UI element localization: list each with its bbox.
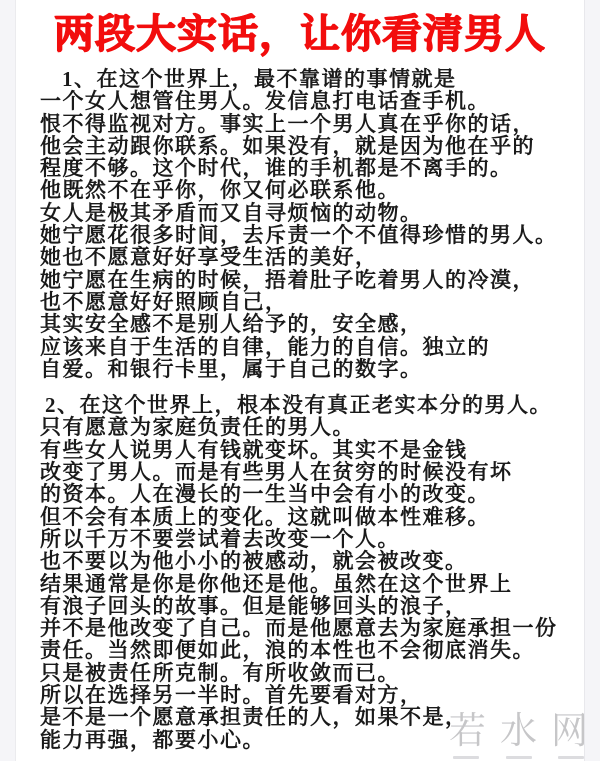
paragraph-1: 1、在这个世界上，最不靠谱的事情就是 一个女人想管住男人。发信息打电话查手机。 … bbox=[40, 68, 590, 380]
text-line: 改变了男人。而是有些男人在贫穷的时候没有坏 bbox=[40, 461, 590, 483]
text-line: 一个女人想管住男人。发信息打电话查手机。 bbox=[40, 90, 590, 112]
text-line: 程度不够。这个时代，谁的手机都是不离手的。 bbox=[40, 157, 590, 179]
text-line: 恨不得监视对方。事实上一个男人真在乎你的话， bbox=[40, 113, 590, 135]
left-margin-strip bbox=[0, 0, 16, 761]
text-line: 结果通常是你是你他还是他。虽然在这个世界上 bbox=[40, 573, 590, 595]
paragraph-2: 2、在这个世界上，根本没有真正老实本分的男人。 只有愿意为家庭负责任的男人。 有… bbox=[40, 394, 590, 751]
watermark: 若水网 bbox=[449, 700, 588, 759]
text-line: 2、在这个世界上，根本没有真正老实本分的男人。 bbox=[40, 394, 590, 416]
text-card: 两段大实话，让你看清男人 1、在这个世界上，最不靠谱的事情就是 一个女人想管住男… bbox=[0, 0, 600, 761]
text-line: 她宁愿在生病的时候，捂着肚子吃着男人的冷漠， bbox=[40, 269, 590, 291]
page-title: 两段大实话，让你看清男人 bbox=[20, 9, 580, 59]
text-line: 1、在这个世界上，最不靠谱的事情就是 bbox=[40, 68, 590, 90]
watermark-text: 若水网 bbox=[449, 700, 600, 754]
text-line: 有些女人说男人有钱就变坏。其实不是金钱 bbox=[40, 439, 590, 461]
text-line: 但不会有本质上的变化。这就叫做本性难移。 bbox=[40, 506, 590, 528]
body-text: 1、在这个世界上，最不靠谱的事情就是 一个女人想管住男人。发信息打电话查手机。 … bbox=[0, 68, 600, 751]
text-line: 她也不愿意好好享受生活的美好， bbox=[40, 246, 590, 268]
text-line: 的资本。人在漫长的一生当中会有小的改变。 bbox=[40, 483, 590, 505]
text-line: 只有愿意为家庭负责任的男人。 bbox=[40, 416, 590, 438]
text-line: 有浪子回头的故事。但是能够回头的浪子， bbox=[40, 595, 590, 617]
text-line: 女人是极其矛盾而又自寻烦恼的动物。 bbox=[40, 202, 590, 224]
text-line: 也不要以为他小小的被感动，就会被改变。 bbox=[40, 550, 590, 572]
text-line: 所以千万不要尝试着去改变一个人。 bbox=[40, 528, 590, 550]
text-line: 她宁愿花很多时间，去斥责一个不值得珍惜的男人。 bbox=[40, 224, 590, 246]
text-line: 自爱。和银行卡里，属于自己的数字。 bbox=[40, 358, 590, 380]
text-line: 其实安全感不是别人给予的，安全感， bbox=[40, 313, 590, 335]
text-line: 也不愿意好好照顾自己， bbox=[40, 291, 590, 313]
text-line: 他会主动跟你联系。如果没有，就是因为他在乎的 bbox=[40, 135, 590, 157]
text-line: 他既然不在乎你，你又何必联系他。 bbox=[40, 179, 590, 201]
watermark-subtext bbox=[449, 754, 588, 759]
text-line: 应该来自于生活的自律，能力的自信。独立的 bbox=[40, 336, 590, 358]
text-line: 只是被责任所克制。有所收敛而已。 bbox=[40, 662, 590, 684]
right-margin-strip bbox=[584, 0, 600, 761]
text-line: 责任。当然即便如此，浪的本性也不会彻底消失。 bbox=[40, 639, 590, 661]
text-line: 并不是他改变了自己。而是他愿意去为家庭承担一份 bbox=[40, 617, 590, 639]
